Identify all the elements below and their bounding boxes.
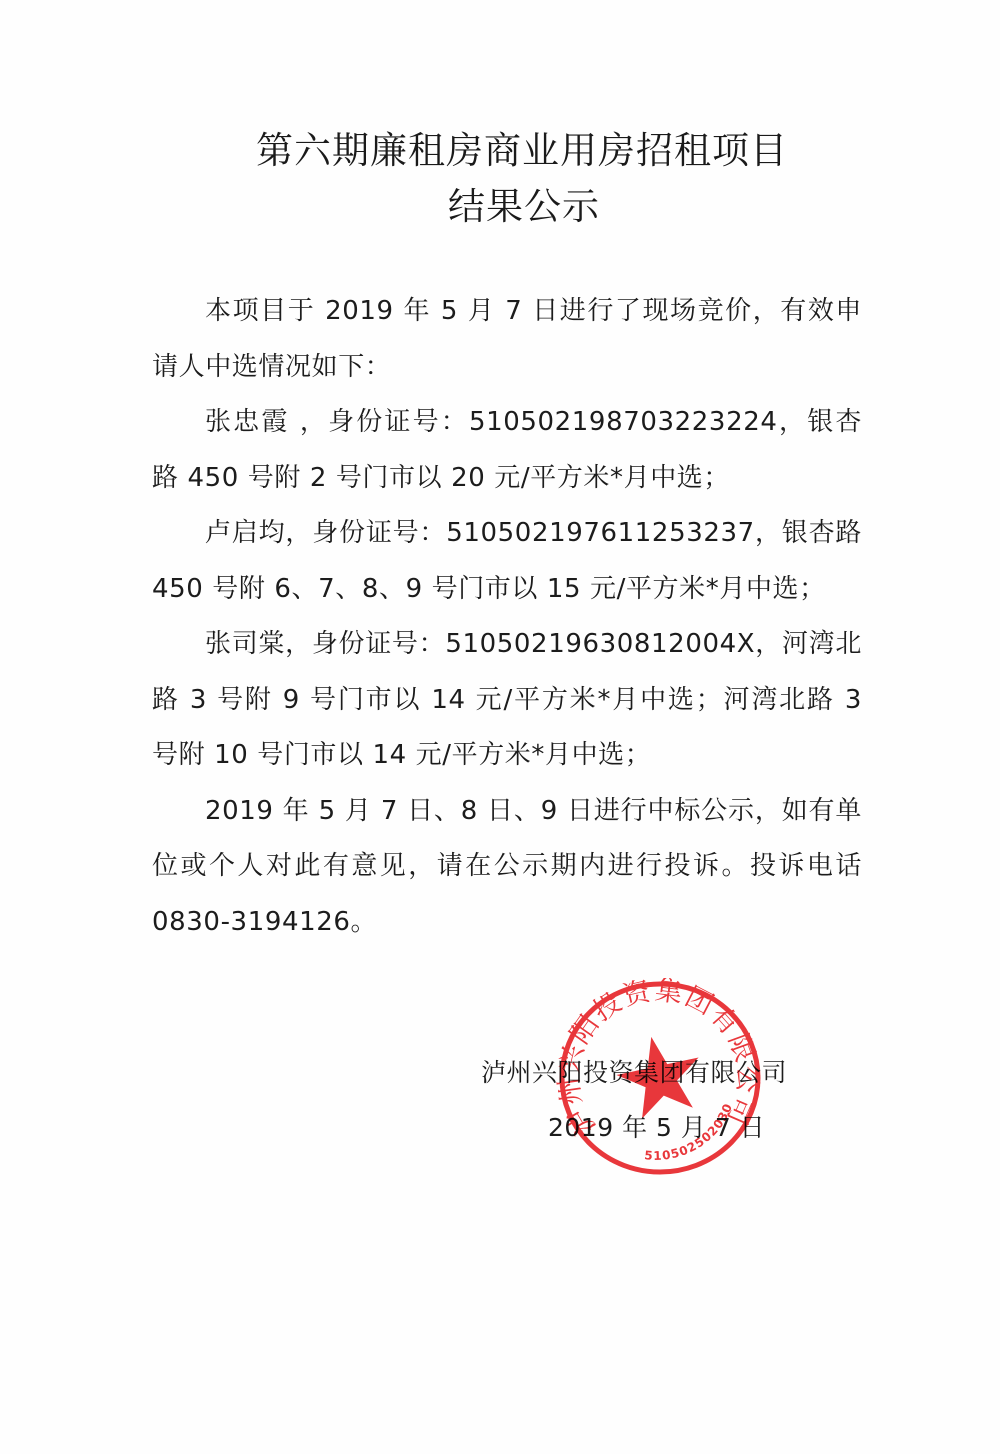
paragraph-winner-1: 张忠霞 ，身份证号：510502198703223224，银杏路 450 号附 …	[152, 395, 862, 506]
paragraph-intro: 本项目于 2019 年 5 月 7 日进行了现场竞价，有效申请人中选情况如下：	[152, 284, 862, 395]
paragraph-winner-3: 张司棠，身份证号：51050219630812004X，河湾北路 3 号附 9 …	[152, 617, 862, 784]
document-title: 第六期廉租房商业用房招租项目	[22, 120, 1000, 174]
document-body: 本项目于 2019 年 5 月 7 日进行了现场竞价，有效申请人中选情况如下： …	[152, 284, 862, 950]
document-page: 第六期廉租房商业用房招租项目 结果公示 本项目于 2019 年 5 月 7 日进…	[0, 0, 1000, 1454]
document-subtitle: 结果公示	[24, 176, 1000, 230]
company-seal-icon: 泸州兴阳投资集团有限公司 5105025020301	[555, 978, 765, 1178]
paragraph-winner-2: 卢启均，身份证号：510502197611253237，银杏路 450 号附 6…	[152, 506, 862, 617]
paragraph-notice: 2019 年 5 月 7 日、8 日、9 日进行中标公示，如有单位或个人对此有意…	[152, 784, 862, 951]
